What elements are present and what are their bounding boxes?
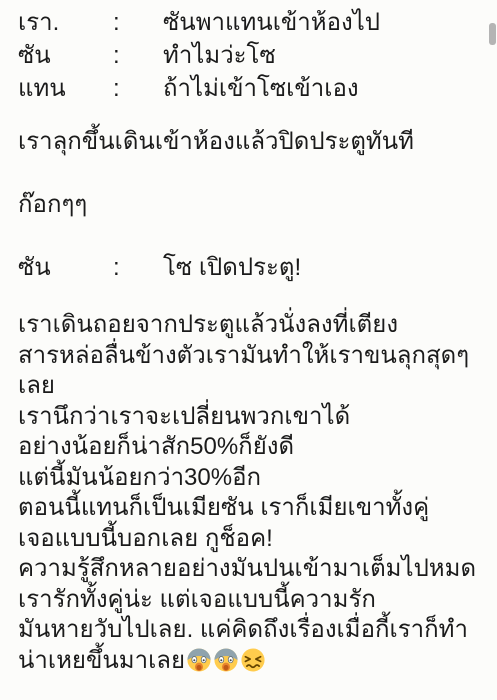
face-screaming-in-fear-emoji-icon xyxy=(213,647,239,673)
paragraph-line: เราเดินถอยจากประตูแล้วนั่งลงที่เตียง xyxy=(18,310,497,341)
dialogue-colon: : xyxy=(113,6,151,39)
paragraph-line: สารหล่อลื่นข้างตัวเรามันทำให้เราขนลุกสุด… xyxy=(18,341,497,372)
paragraph-line: เรานึกว่าเราจะเปลี่ยนพวกเขาได้ xyxy=(18,402,497,433)
dialogue-row: ซัน : ทำไมว่ะโซ xyxy=(18,39,497,72)
paragraph-last-line: น่าเหยขึ้นมาเลย xyxy=(18,646,497,677)
dialogue-colon: : xyxy=(113,39,151,72)
speaker-name: แทน xyxy=(18,72,113,105)
dialogue-colon: : xyxy=(113,251,151,284)
paragraph-line: เจอแบบนี้บอกเลย กูช็อค! xyxy=(18,524,497,555)
dialogue-row: เรา. : ซันพาแทนเข้าห้องไป xyxy=(18,6,497,39)
dialogue-text: โซ เปิดประตู! xyxy=(151,251,497,284)
story-text-page: เรา. : ซันพาแทนเข้าห้องไป ซัน : ทำไมว่ะโ… xyxy=(0,0,497,700)
narration-line: เราลุกขึ้นเดินเข้าห้องแล้วปิดประตูทันที xyxy=(18,125,497,158)
narration-paragraph: เราเดินถอยจากประตูแล้วนั่งลงที่เตียง สาร… xyxy=(18,310,497,676)
paragraph-line: มันหายวับไปเลย. แค่คิดถึงเรื่องเมื่อกี้เ… xyxy=(18,615,497,646)
paragraph-line: แต่นี้มันน้อยกว่า30%อีก xyxy=(18,463,497,494)
speaker-name: เรา. xyxy=(18,6,113,39)
scrollbar-thumb[interactable] xyxy=(489,23,496,45)
paragraph-line: อย่างน้อยก็น่าสัก50%ก็ยังดี xyxy=(18,432,497,463)
paragraph-line: เลย xyxy=(18,371,497,402)
dialogue-block-1: เรา. : ซันพาแทนเข้าห้องไป ซัน : ทำไมว่ะโ… xyxy=(18,6,497,105)
dialogue-row: ซัน : โซ เปิดประตู! xyxy=(18,251,497,284)
dialogue-row: แทน : ถ้าไม่เข้าโซเข้าเอง xyxy=(18,72,497,105)
dialogue-text: ซันพาแทนเข้าห้องไป xyxy=(151,6,497,39)
speaker-name: ซัน xyxy=(18,251,113,284)
dialogue-colon: : xyxy=(113,72,151,105)
dialogue-text: ถ้าไม่เข้าโซเข้าเอง xyxy=(151,72,497,105)
face-screaming-in-fear-emoji-icon xyxy=(186,647,212,673)
dialogue-text: ทำไมว่ะโซ xyxy=(151,39,497,72)
paragraph-line: ตอนนี้แทนก็เป็นเมียซัน เราก็เมียเขาทั้งค… xyxy=(18,493,497,524)
sound-effect-line: ก๊อกๆๆ xyxy=(18,188,497,221)
paragraph-line: ความรู้สึกหลายอย่างมันปนเข้ามาเต็มไปหมด xyxy=(18,554,497,585)
speaker-name: ซัน xyxy=(18,39,113,72)
paragraph-line: น่าเหยขึ้นมาเลย xyxy=(18,647,185,674)
confounded-face-emoji-icon xyxy=(240,647,266,673)
paragraph-line: เรารักทั้งคู่น่ะ แต่เจอแบบนี้ความรัก xyxy=(18,585,497,616)
